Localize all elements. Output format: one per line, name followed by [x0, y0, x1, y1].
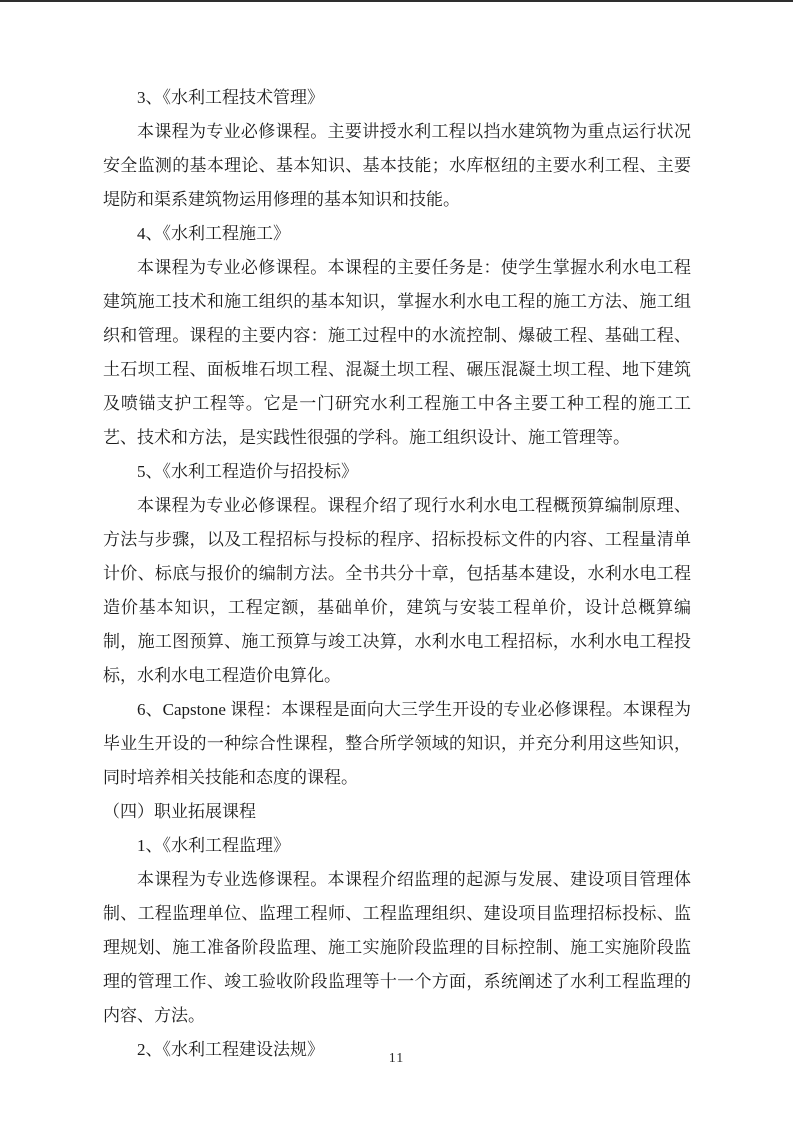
- course-title-heading: 4、《水利工程施工》: [103, 217, 691, 251]
- page-footer: 11: [0, 1049, 793, 1067]
- paragraph: 本课程为专业必修课程。本课程的主要任务是：使学生掌握水利水电工程建筑施工技术和施…: [103, 251, 691, 455]
- page-number: 11: [389, 1051, 404, 1066]
- paragraph: 本课程为专业必修课程。主要讲授水利工程以挡水建筑物为重点运行状况安全监测的基本理…: [103, 115, 691, 217]
- course-title-heading: 3、《水利工程技术管理》: [103, 81, 691, 115]
- paragraph: 6、Capstone 课程：本课程是面向大三学生开设的专业必修课程。本课程为毕业…: [103, 693, 691, 795]
- section-heading: （四）职业拓展课程: [103, 795, 691, 829]
- document-page: 3、《水利工程技术管理》 本课程为专业必修课程。主要讲授水利工程以挡水建筑物为重…: [0, 0, 793, 1122]
- paragraph: 本课程为专业必修课程。课程介绍了现行水利水电工程概预算编制原理、方法与步骤，以及…: [103, 489, 691, 693]
- course-title-heading: 1、《水利工程监理》: [103, 829, 691, 863]
- paragraph: 本课程为专业选修课程。本课程介绍监理的起源与发展、建设项目管理体制、工程监理单位…: [103, 863, 691, 1033]
- course-title-heading: 5、《水利工程造价与招投标》: [103, 455, 691, 489]
- page-top-border: [0, 0, 793, 2]
- document-body: 3、《水利工程技术管理》 本课程为专业必修课程。主要讲授水利工程以挡水建筑物为重…: [103, 81, 691, 1067]
